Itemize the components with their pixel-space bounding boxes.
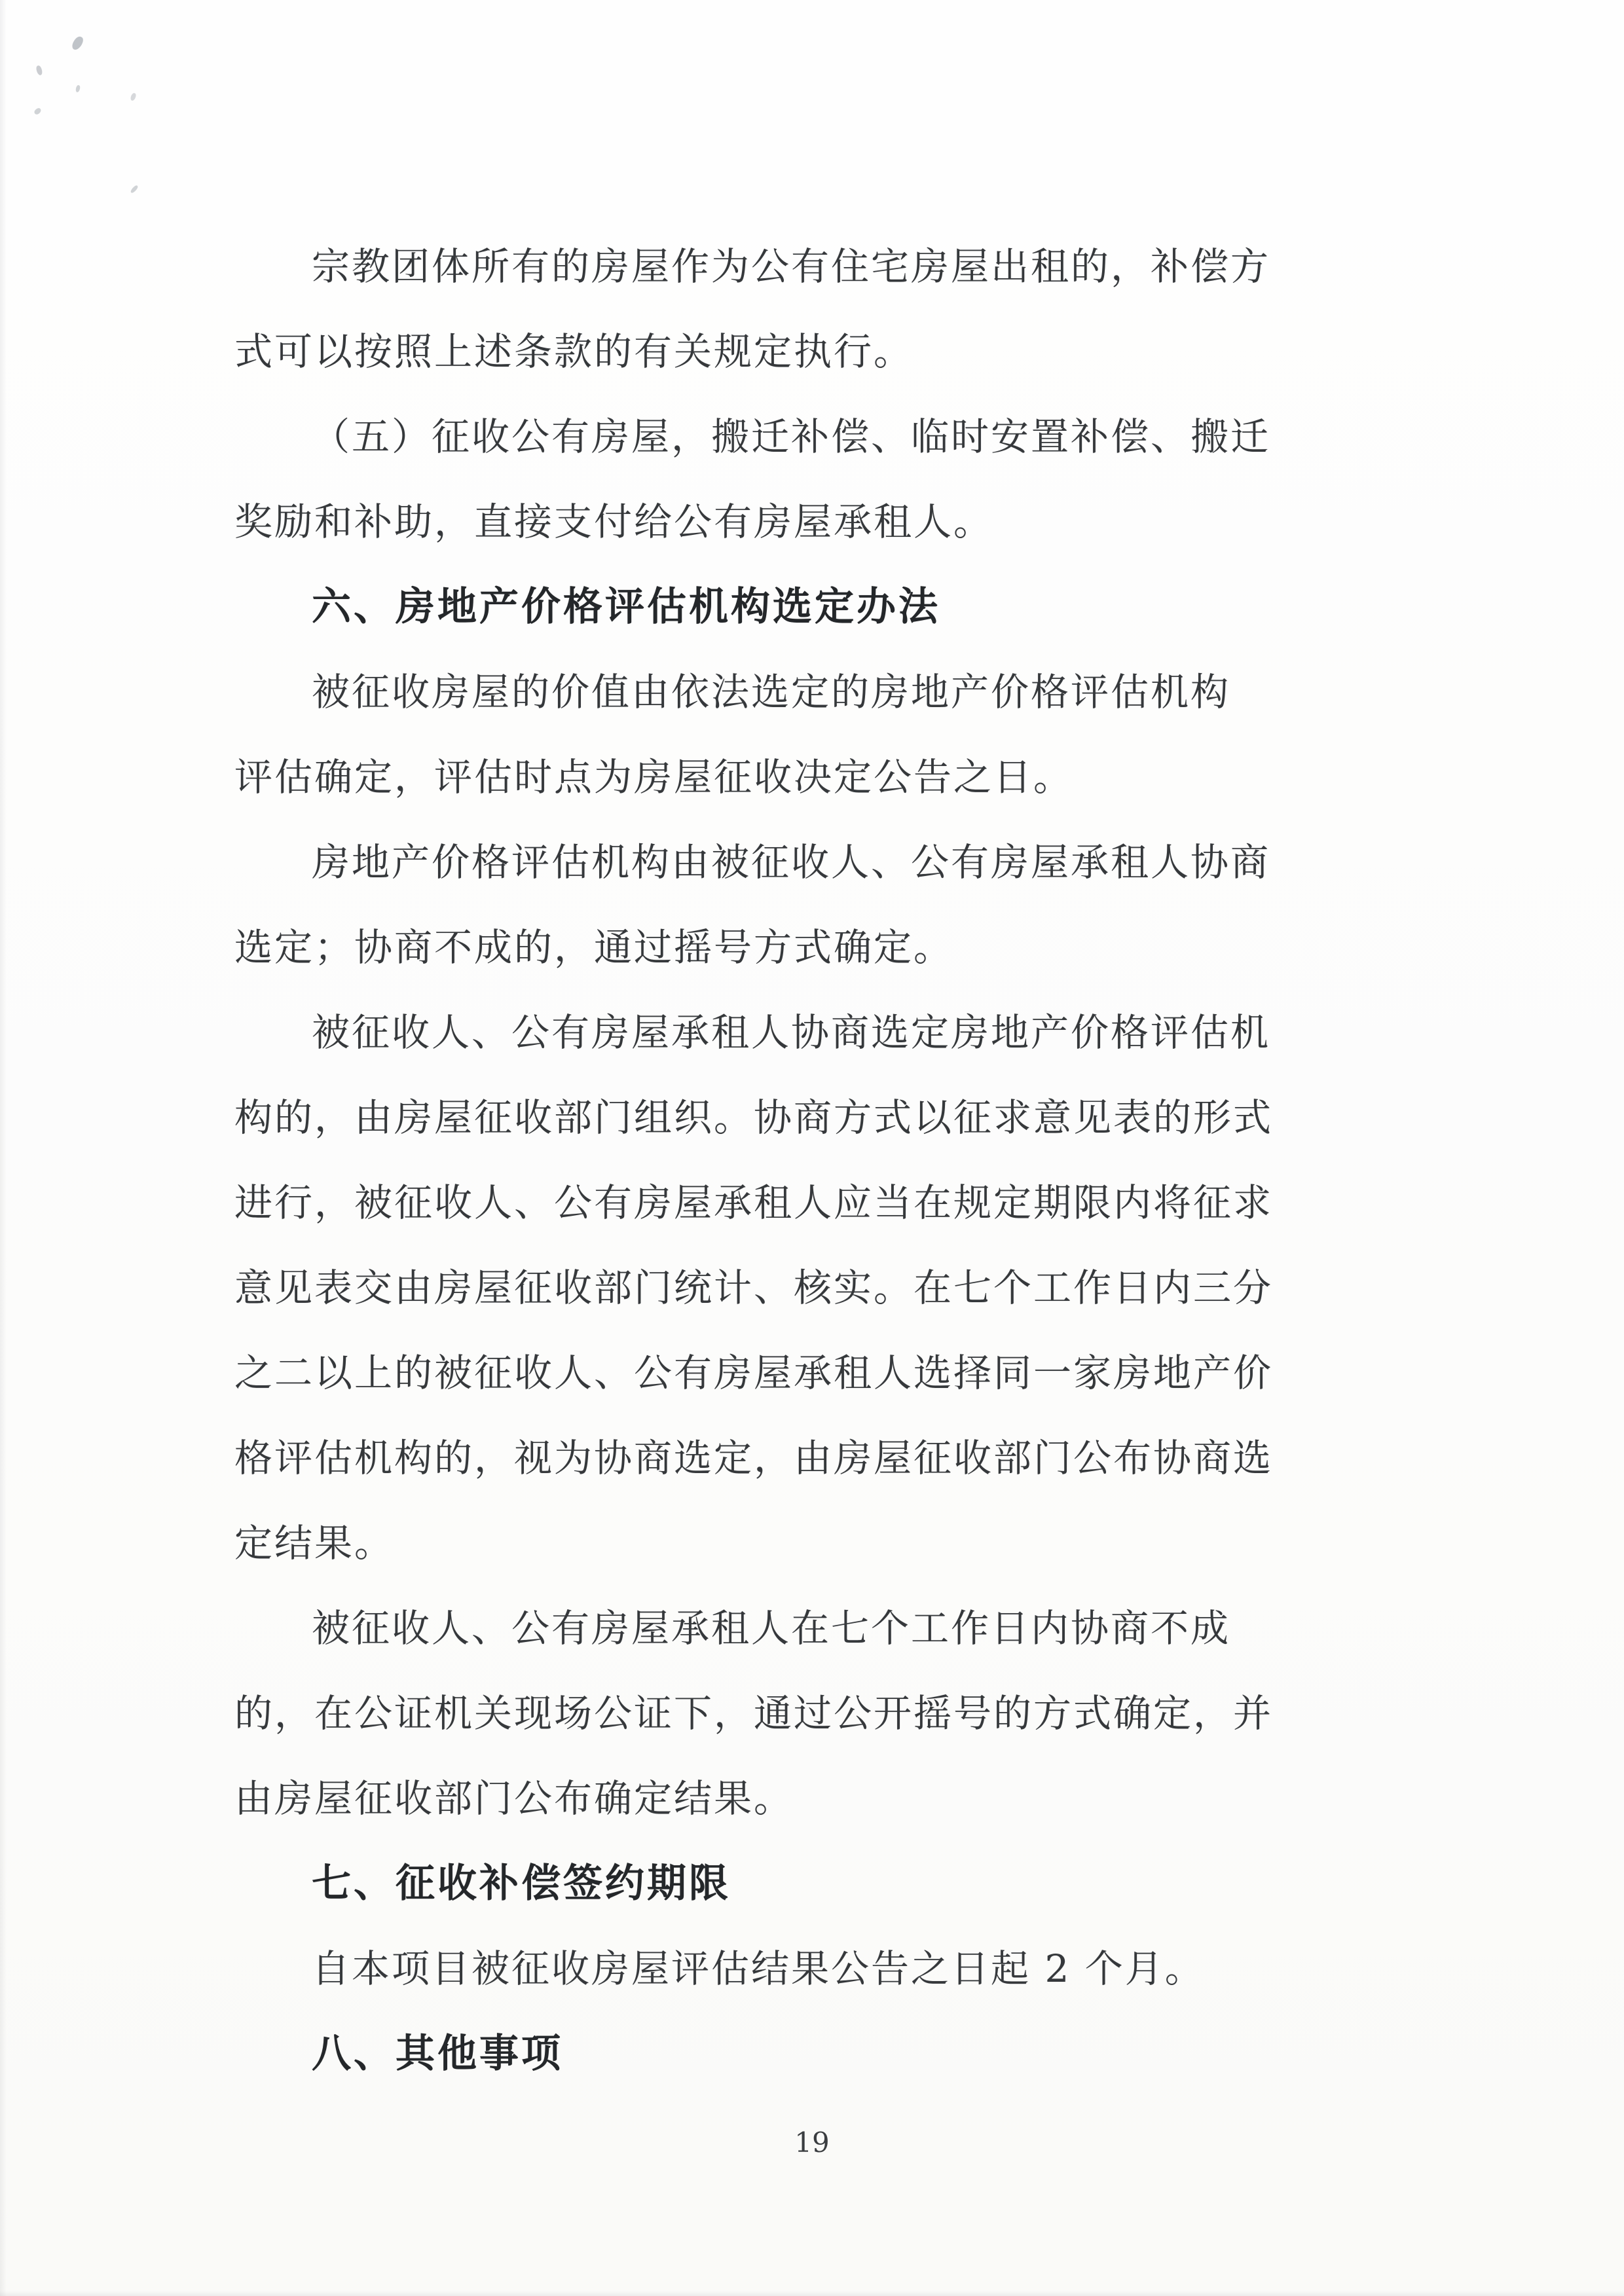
text-line: 意见表交由房屋征收部门统计、核实。在七个工作日内三分 [234, 1245, 1282, 1330]
section-heading: 八、其他事项 [234, 2011, 1282, 2096]
scan-edge-shade [0, 2291, 1624, 2296]
text-line: 进行，被征收人、公有房屋承租人应当在规定期限内将征求 [234, 1160, 1282, 1245]
scan-artifact [33, 107, 43, 116]
text-line: 奖励和补助，直接支付给公有房屋承租人。 [234, 479, 1282, 564]
text-line: 房地产价格评估机构由被征收人、公有房屋承租人协商 [234, 820, 1282, 905]
scan-artifact [71, 35, 85, 52]
scan-artifact [130, 185, 139, 194]
scan-artifact [130, 92, 136, 101]
text-line: 宗教团体所有的房屋作为公有住宅房屋出租的，补偿方 [234, 224, 1282, 309]
text-line: 被征收房屋的价值由依法选定的房地产价格评估机构 [234, 649, 1282, 735]
scan-edge-shade [0, 0, 7, 2296]
text-line: 选定；协商不成的，通过摇号方式确定。 [234, 905, 1282, 990]
text-line: 构的，由房屋征收部门组织。协商方式以征求意见表的形式 [234, 1075, 1282, 1160]
scan-artifact [75, 85, 81, 93]
page-number: 19 [0, 2126, 1624, 2159]
text-line: （五）征收公有房屋，搬迁补偿、临时安置补偿、搬迁 [234, 394, 1282, 479]
section-heading: 七、征收补偿签约期限 [234, 1841, 1282, 1926]
scanned-page: 宗教团体所有的房屋作为公有住宅房屋出租的，补偿方式可以按照上述条款的有关规定执行… [0, 0, 1624, 2296]
text-line: 被征收人、公有房屋承租人协商选定房地产价格评估机 [234, 990, 1282, 1075]
section-heading: 六、房地产价格评估机构选定办法 [234, 564, 1282, 649]
text-line: 式可以按照上述条款的有关规定执行。 [234, 309, 1282, 394]
text-line: 的，在公证机关现场公证下，通过公开摇号的方式确定，并 [234, 1671, 1282, 1756]
text-line: 之二以上的被征收人、公有房屋承租人选择同一家房地产价 [234, 1330, 1282, 1415]
text-line: 由房屋征收部门公布确定结果。 [234, 1756, 1282, 1841]
scan-artifact [35, 65, 44, 76]
text-line: 评估确定，评估时点为房屋征收决定公告之日。 [234, 735, 1282, 820]
text-line: 自本项目被征收房屋评估结果公告之日起 2 个月。 [234, 1926, 1282, 2011]
text-line: 定结果。 [234, 1501, 1282, 1586]
text-line: 格评估机构的，视为协商选定，由房屋征收部门公布协商选 [234, 1415, 1282, 1501]
text-line: 被征收人、公有房屋承租人在七个工作日内协商不成 [234, 1586, 1282, 1671]
text-block: 宗教团体所有的房屋作为公有住宅房屋出租的，补偿方式可以按照上述条款的有关规定执行… [234, 224, 1282, 2096]
